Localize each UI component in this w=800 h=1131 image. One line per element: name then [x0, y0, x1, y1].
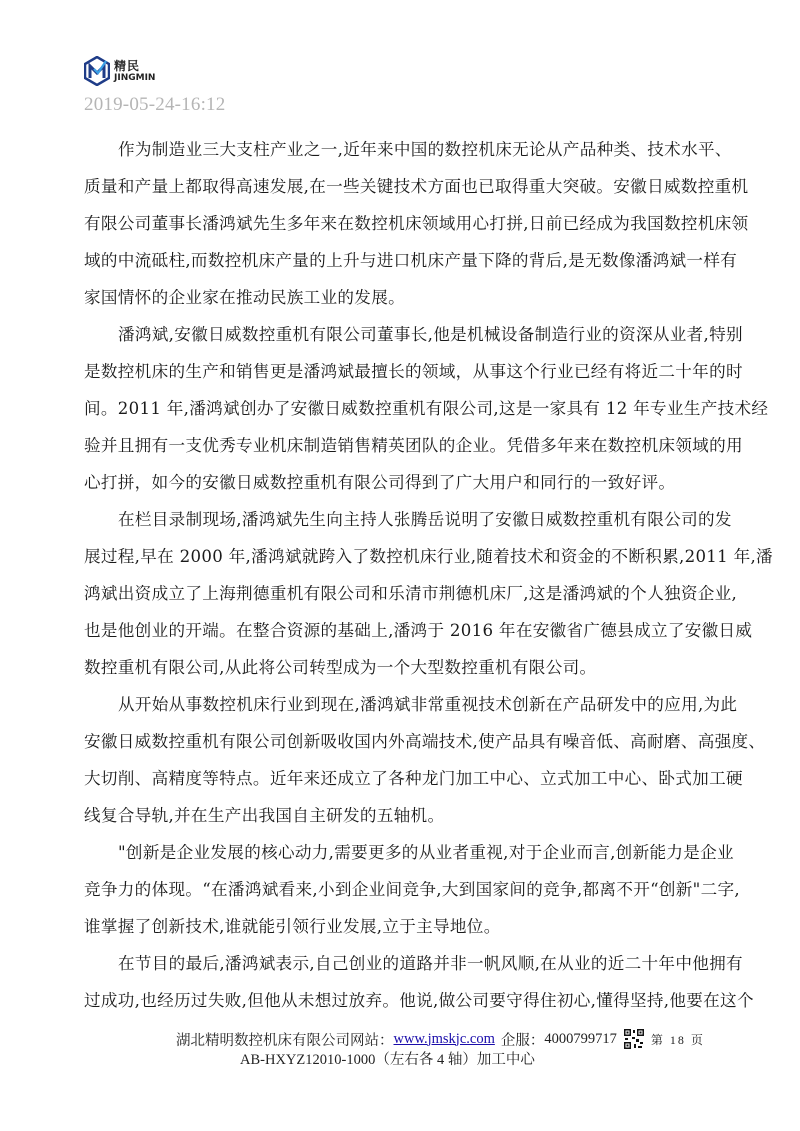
text-line: 间。2011 年,潘鸿斌创办了安徽日威数控重机有限公司,这是一家具有 12 年专…: [84, 390, 720, 427]
paragraph: 作为制造业三大支柱产业之一,近年来中国的数控机床无论从产品种类、技术水平、 质量…: [84, 131, 720, 316]
text-line: 也是他创业的开端。在整合资源的基础上,潘鸿于 2016 年在安徽省广德县成立了安…: [84, 612, 720, 649]
footer-company-label: 湖北精明数控机床有限公司网站：: [176, 1029, 394, 1050]
text-line: 线复合导轨,并在生产出我国自主研发的五轴机。: [84, 797, 720, 834]
text-line: 质量和产量上都取得高速发展,在一些关键技术方面也已取得重大突破。安徽日威数控重机: [84, 168, 720, 205]
footer-contact-row: 湖北精明数控机床有限公司网站： www.jmskjc.com 企服： 40007…: [176, 1028, 705, 1050]
text-line: 心打拼，如今的安徽日威数控重机有限公司得到了广大用户和同行的一致好评。: [84, 464, 720, 501]
qr-code-icon: [623, 1028, 645, 1050]
text-line: 在栏目录制现场,潘鸿斌先生向主持人张腾岳说明了安徽日威数控重机有限公司的发: [84, 501, 720, 538]
text-line: 有限公司董事长潘鸿斌先生多年来在数控机床领域用心打拼,日前已经成为我国数控机床领: [84, 205, 720, 242]
text-line: 大切削、高精度等特点。近年来还成立了各种龙门加工中心、立式加工中心、卧式加工硬: [84, 760, 720, 797]
paragraph: 在栏目录制现场,潘鸿斌先生向主持人张腾岳说明了安徽日威数控重机有限公司的发 展过…: [84, 501, 720, 686]
timestamp: 2019-05-24-16:12: [84, 94, 225, 116]
article-body: 作为制造业三大支柱产业之一,近年来中国的数控机床无论从产品种类、技术水平、 质量…: [84, 131, 720, 1019]
logo-chinese-name: 精民: [114, 60, 155, 72]
jingmin-logo-icon: [84, 56, 110, 86]
website-link[interactable]: www.jmskjc.com: [394, 1031, 495, 1048]
text-line: 是数控机床的生产和销售更是潘鸿斌最擅长的领域，从事这个行业已经有将近二十年的时: [84, 353, 720, 390]
service-phone: 4000799717: [544, 1031, 617, 1048]
text-line: 谁掌握了创新技术,谁就能引领行业发展,立于主导地位。: [84, 908, 720, 945]
paragraph: 潘鸿斌,安徽日威数控重机有限公司董事长,他是机械设备制造行业的资深从业者,特别 …: [84, 316, 720, 501]
text-line: 竞争力的体现。“在潘鸿斌看来,小到企业间竞争,大到国家间的竞争,都离不开“创新"…: [84, 871, 720, 908]
company-logo: 精民 JINGMIN: [84, 56, 155, 86]
text-line: 域的中流砥柱,而数控机床产量的上升与进口机床产量下降的背后,是无数像潘鸿斌一样有: [84, 242, 720, 279]
text-line: "创新是企业发展的核心动力,需要更多的从业者重视,对于企业而言,创新能力是企业: [84, 834, 720, 871]
service-label: 企服：: [501, 1029, 545, 1050]
text-line: 验并且拥有一支优秀专业机床制造销售精英团队的企业。凭借多年来在数控机床领域的用: [84, 427, 720, 464]
text-line: 在节目的最后,潘鸿斌表示,自己创业的道路并非一帆风顺,在从业的近二十年中他拥有: [84, 945, 720, 982]
text-line: 数控重机有限公司,从此将公司转型成为一个大型数控重机有限公司。: [84, 649, 720, 686]
product-line: AB-HXYZ12010-1000（左右各 4 轴）加工中心: [240, 1048, 535, 1069]
text-line: 潘鸿斌,安徽日威数控重机有限公司董事长,他是机械设备制造行业的资深从业者,特别: [84, 316, 720, 353]
paragraph: "创新是企业发展的核心动力,需要更多的从业者重视,对于企业而言,创新能力是企业 …: [84, 834, 720, 945]
text-line: 家国情怀的企业家在推动民族工业的发展。: [84, 279, 720, 316]
text-line: 从开始从事数控机床行业到现在,潘鸿斌非常重视技术创新在产品研发中的应用,为此: [84, 686, 720, 723]
paragraph: 从开始从事数控机床行业到现在,潘鸿斌非常重视技术创新在产品研发中的应用,为此 安…: [84, 686, 720, 834]
text-line: 展过程,早在 2000 年,潘鸿斌就跨入了数控机床行业,随着技术和资金的不断积累…: [84, 538, 720, 575]
text-line: 作为制造业三大支柱产业之一,近年来中国的数控机床无论从产品种类、技术水平、: [84, 131, 720, 168]
text-line: 过成功,也经历过失败,但他从未想过放弃。他说,做公司要守得住初心,懂得坚持,他要…: [84, 982, 720, 1019]
text-line: 安徽日威数控重机有限公司创新吸收国内外高端技术,使产品具有噪音低、高耐磨、高强度…: [84, 723, 720, 760]
text-line: 鸿斌出资成立了上海荆德重机有限公司和乐清市荆德机床厂,这是潘鸿斌的个人独资企业,: [84, 575, 720, 612]
page-number: 第 18 页: [651, 1031, 705, 1048]
logo-english-name: JINGMIN: [114, 74, 155, 83]
paragraph: 在节目的最后,潘鸿斌表示,自己创业的道路并非一帆风顺,在从业的近二十年中他拥有 …: [84, 945, 720, 1019]
